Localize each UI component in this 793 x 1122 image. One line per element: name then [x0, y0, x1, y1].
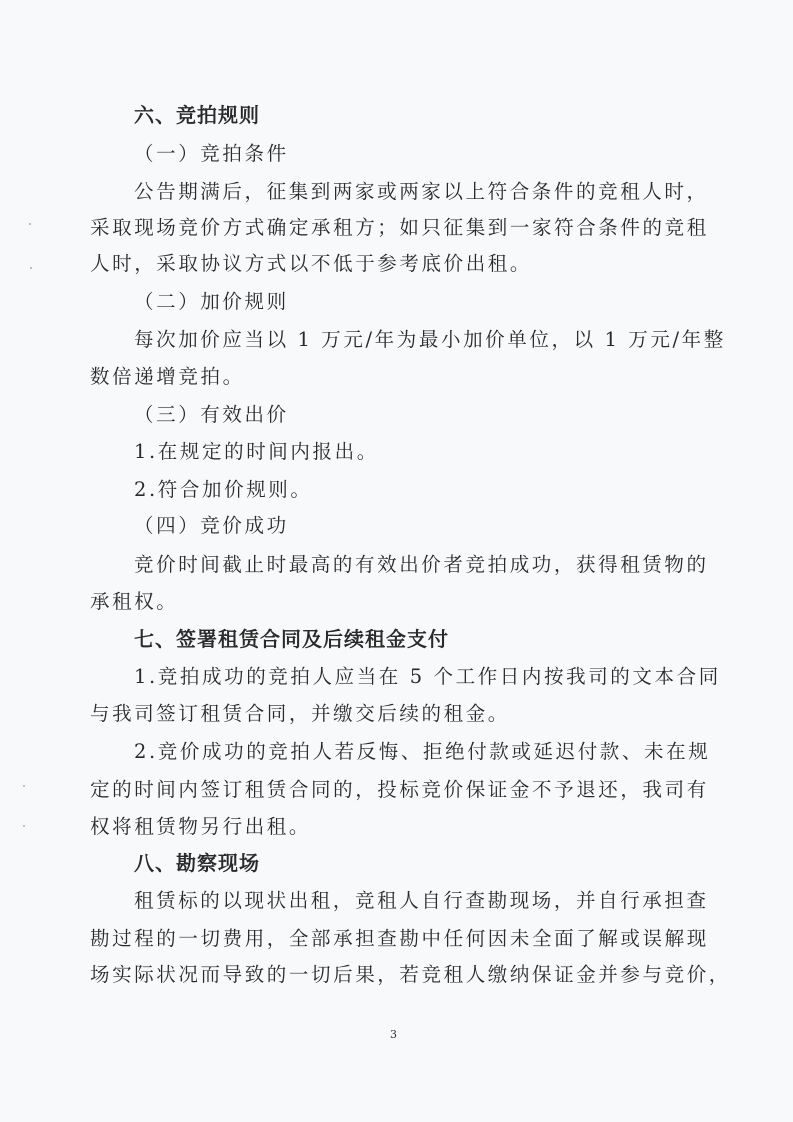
- paragraph-line: 数倍递增竞拍。: [90, 365, 245, 389]
- scan-speck: [29, 223, 31, 225]
- paragraph-line: 场实际状况而导致的一切后果，若竞租人缴纳保证金并参与竞价，: [90, 963, 731, 987]
- section-heading-6: 六、竞拍规则: [134, 103, 260, 127]
- subheading-increment-rules: （二）加价规则: [134, 290, 289, 314]
- scan-speck: [23, 825, 25, 827]
- paragraph-line: 1.竞拍成功的竞拍人应当在 5 个工作日内按我司的文本合同: [134, 665, 721, 689]
- scan-speck: [23, 785, 25, 787]
- page-number: 3: [390, 1028, 397, 1041]
- paragraph-line: 承租权。: [90, 590, 178, 614]
- paragraph-line: 公告期满后，征集到两家或两家以上符合条件的竞租人时，: [134, 180, 709, 204]
- paragraph-line: 定的时间内签订租赁合同的，投标竞价保证金不予退还，我司有: [90, 778, 709, 802]
- subheading-valid-bid: （三）有效出价: [134, 403, 289, 427]
- paragraph-line: 人时，采取协议方式以不低于参考底价出租。: [90, 252, 532, 276]
- document-page: 六、竞拍规则 （一）竞拍条件 公告期满后，征集到两家或两家以上符合条件的竞租人时…: [0, 0, 793, 1122]
- paragraph-line: 勘过程的一切费用，全部承担查勘中任何因未全面了解或误解现: [90, 927, 709, 951]
- paragraph-line: 租赁标的以现状出租，竞租人自行查勘现场，并自行承担查: [134, 889, 709, 913]
- subheading-bid-conditions: （一）竞拍条件: [134, 142, 289, 166]
- scan-speck: [30, 267, 32, 269]
- paragraph-line: 每次加价应当以 1 万元/年为最小加价单位，以 1 万元/年整: [134, 328, 726, 352]
- paragraph-line: 权将租赁物另行出租。: [90, 815, 311, 839]
- paragraph-line: 竞价时间截止时最高的有效出价者竞拍成功，获得租赁物的: [134, 553, 709, 577]
- paragraph-line: 2.竞价成功的竞拍人若反悔、拒绝付款或延迟付款、未在规: [134, 740, 710, 764]
- section-heading-8: 八、勘察现场: [134, 851, 260, 875]
- paragraph-line: 采取现场竞价方式确定承租方；如只征集到一家符合条件的竞租: [90, 216, 709, 240]
- list-item: 2.符合加价规则。: [134, 478, 313, 502]
- list-item: 1.在规定的时间内报出。: [134, 440, 379, 464]
- subheading-bid-success: （四）竞价成功: [134, 514, 289, 538]
- paragraph-line: 与我司签订租赁合同，并缴交后续的租金。: [90, 702, 510, 726]
- section-heading-7: 七、签署租赁合同及后续租金支付: [134, 627, 449, 651]
